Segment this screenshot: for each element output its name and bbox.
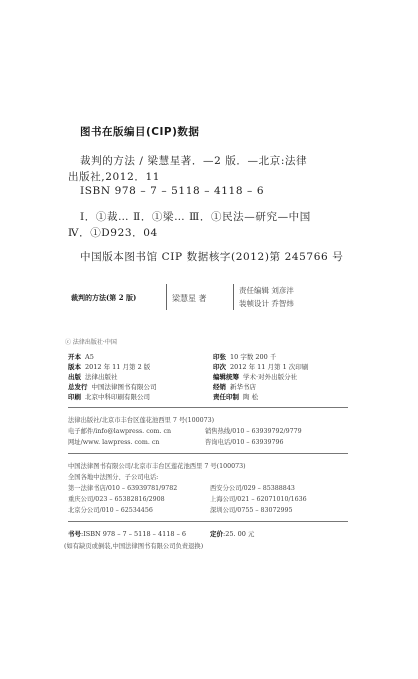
- spec-item: 版本2012 年 11 月第 2 版: [68, 362, 150, 371]
- spec-item: 出版法律出版社: [68, 372, 118, 381]
- header-designer: 装帧设计 乔智炜: [239, 298, 294, 309]
- cip-line-5: Ⅳ．①D923．04: [68, 225, 158, 240]
- distributor-row: 上海公司/021 – 62071010/1636: [210, 494, 307, 503]
- spec-item: 印刷北京中科印刷有限公司: [68, 392, 150, 401]
- divider-3: [68, 521, 348, 522]
- publisher-consult: 咨询电话/010 – 63939796: [205, 437, 284, 446]
- spec-item: 开本A5: [68, 352, 94, 361]
- publisher-email: 电子邮件/info@lawpress. com. cn: [68, 426, 171, 435]
- cip-number: 中国版本图书馆 CIP 数据核字(2012)第 245766 号: [80, 249, 343, 264]
- distributor-row: 重庆公司/023 – 65382816/2908: [68, 494, 165, 503]
- return-note: (如有缺页或倒装,中国法律图书有限公司负责退换): [64, 541, 203, 550]
- distributor-row: 第一法律书店/010 – 63939781/9782: [68, 483, 177, 492]
- spec-item: 印张10 字数 200 千: [213, 352, 276, 361]
- cip-line-4: Ⅰ．①裁… Ⅱ．①梁… Ⅲ．①民法—研究—中国: [80, 209, 311, 224]
- distributor-row: 西安分公司/029 – 85388843: [210, 483, 295, 492]
- divider-vertical-1: [166, 284, 167, 310]
- header-author: 梁慧星 著: [172, 293, 207, 304]
- distributor-address: 中国法律图书有限公司/北京市丰台区莲花池西里 7 号(100073): [68, 461, 246, 470]
- publisher-web: 网址/www. lawpress. com. cn: [68, 437, 159, 446]
- spec-item: 经销新华书店: [213, 382, 256, 391]
- price-line: 定价:25. 00 元: [210, 529, 254, 538]
- publisher-address: 法律出版社/北京市丰台区莲花池西里 7 号(100073): [68, 415, 214, 424]
- copyright-line: ⓒ 法律出版社·中国: [65, 337, 117, 346]
- spec-item: 编辑统筹学术·对外出版分社: [213, 372, 297, 381]
- distributor-row: 北京分公司/010 – 62534456: [68, 505, 153, 514]
- spec-item: 总发行中国法律图书有限公司: [68, 382, 157, 391]
- divider-2: [68, 453, 348, 454]
- cip-line-1: 裁判的方法 / 梁慧星著．—2 版．—北京:法律: [80, 153, 307, 168]
- header-editor: 责任编辑 刘彦沣: [239, 285, 294, 296]
- distributor-intro: 全国各地中法图分、子公司电话:: [68, 472, 158, 481]
- distributor-row: 深圳公司/0755 – 83072995: [210, 505, 293, 514]
- cip-heading: 图书在版编目(CIP)数据: [80, 124, 199, 139]
- divider-1: [68, 407, 348, 408]
- isbn-line: 书号:ISBN 978 – 7 – 5118 – 4118 – 6: [68, 529, 186, 538]
- divider-vertical-2: [233, 284, 234, 310]
- cip-line-3: ISBN 978 – 7 – 5118 – 4118 – 6: [80, 185, 264, 197]
- spec-item: 印次2012 年 11 月第 1 次印刷: [213, 362, 308, 371]
- spec-item: 责任印制陶 松: [213, 392, 258, 401]
- cip-line-2: 出版社,2012．11: [68, 169, 160, 184]
- publisher-sales: 销售热线/010 – 63939792/9779: [205, 426, 302, 435]
- header-book-title: 裁判的方法(第 2 版): [71, 293, 136, 303]
